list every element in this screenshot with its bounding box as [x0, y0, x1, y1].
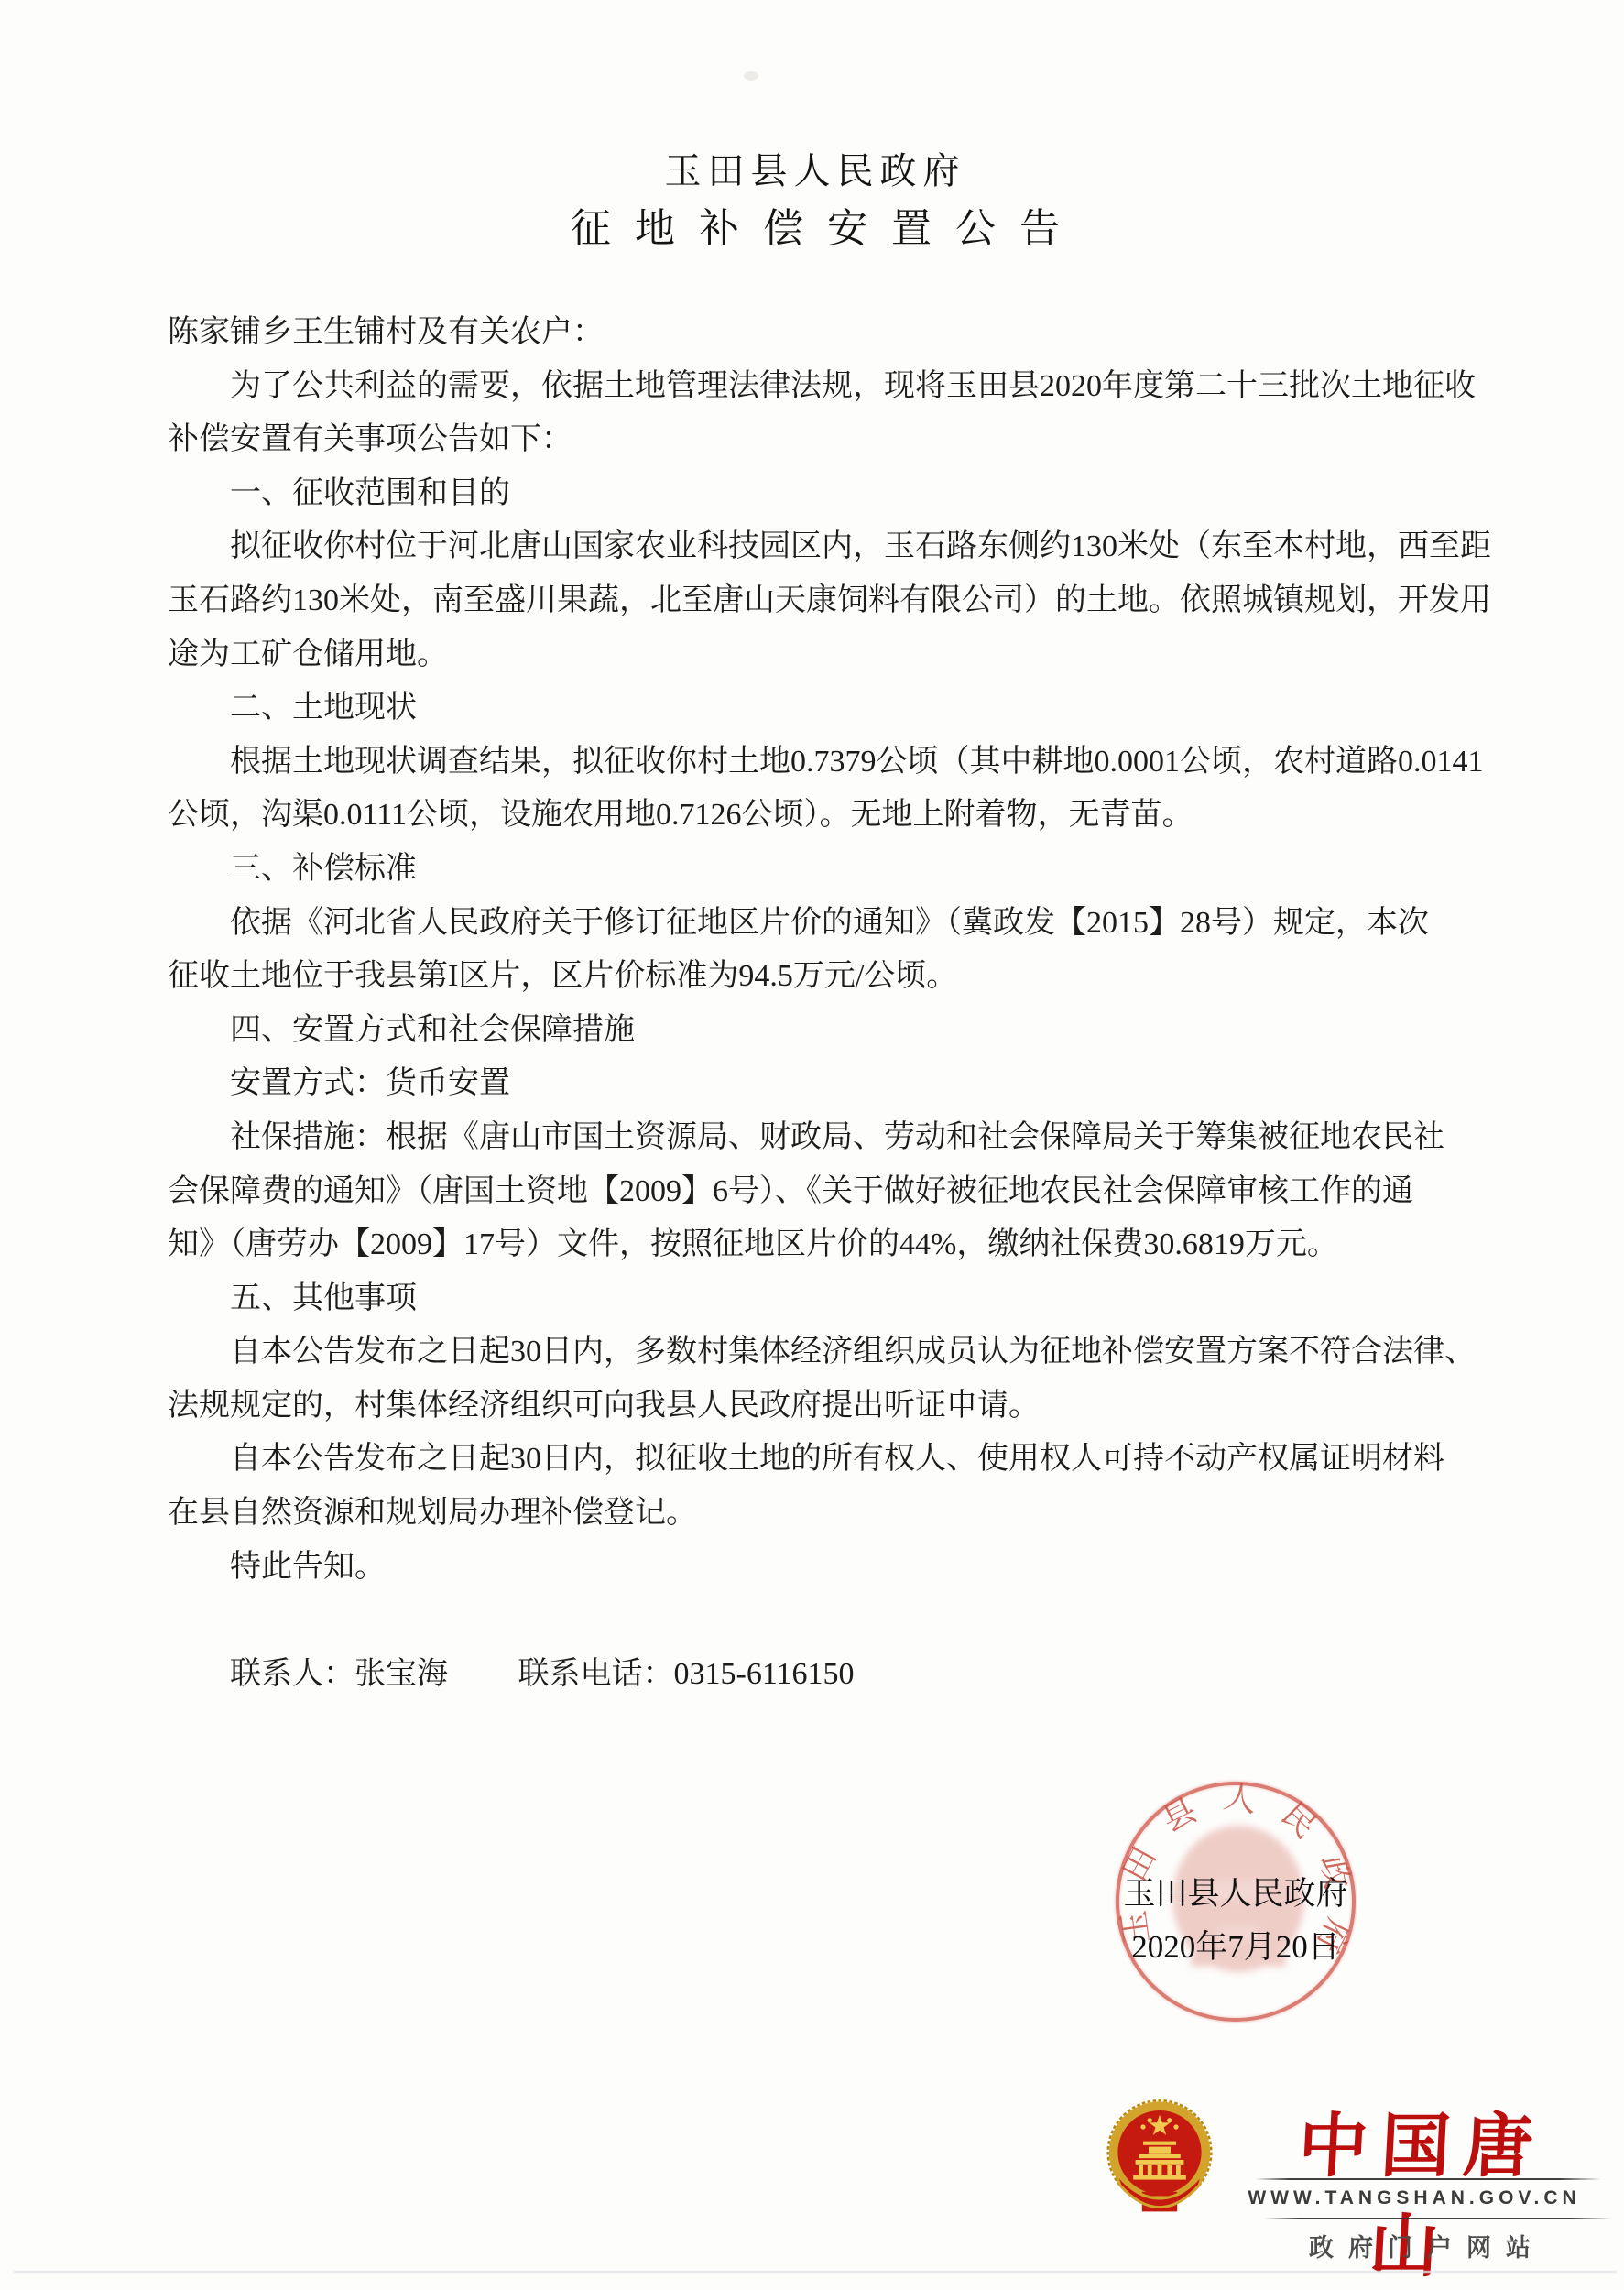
scan-artifact [744, 71, 758, 81]
body-line: 二、土地现状 [168, 682, 417, 736]
doc-subtitle: 征地补偿安置公告 [0, 195, 1624, 254]
body-line: 为了公共利益的需要，依据土地管理法律法规，现将玉田县2020年度第二十三批次土地… [168, 360, 1476, 414]
body-line: 会保障费的通知》（唐国土资地【2009】6号）、《关于做好被征地农民社会保障审核… [168, 1165, 1413, 1219]
footer-divider-bottom [1264, 2218, 1612, 2219]
body-line: 五、其他事项 [168, 1272, 417, 1326]
body-line: 联系人：张宝海 联系电话：0315-6116150 [168, 1648, 855, 1702]
doc-title: 玉田县人民政府 [0, 142, 1624, 194]
body-line: 在县自然资源和规划局办理补偿登记。 [168, 1487, 697, 1541]
body-line: 一、征收范围和目的 [168, 467, 510, 521]
body-line: 知》（唐劳办【2009】17号）文件，按照征地区片价的44%，缴纳社保费30.6… [168, 1218, 1338, 1272]
body-line: 陈家铺乡王生铺村及有关农户： [168, 306, 604, 360]
body-line: 根据土地现状调查结果，拟征收你村土地0.7379公顷（其中耕地0.0001公顷，… [168, 736, 1484, 790]
body-line: 特此告知。 [168, 1541, 386, 1595]
body-line: 拟征收你村位于河北唐山国家农业科技园区内，玉石路东侧约130米处（东至本村地，西… [168, 520, 1491, 574]
body-line: 法规规定的，村集体经济组织可向我县人民政府提出听证申请。 [168, 1379, 1040, 1434]
body-line: 三、补偿标准 [168, 843, 417, 897]
body-line: 玉石路约130米处，南至盛川果蔬，北至唐山天康饲料有限公司）的土地。依照城镇规划… [168, 574, 1491, 628]
document-page: 玉田县人民政府 征地补偿安置公告 陈家铺乡王生铺村及有关农户： 为了公共利益的需… [0, 0, 1624, 2290]
doc-body: 陈家铺乡王生铺村及有关农户： 为了公共利益的需要，依据土地管理法律法规，现将玉田… [168, 306, 1491, 1701]
footer-divider-top [1255, 2178, 1601, 2180]
site-subtitle: 政府门户网站 [1264, 2228, 1575, 2263]
body-line: 途为工矿仓储用地。 [168, 628, 448, 682]
body-line: 依据《河北省人民政府关于修订征地区片价的通知》（冀政发【2015】28号）规定，… [168, 897, 1429, 951]
body-line: 社保措施：根据《唐山市国土资源局、财政局、劳动和社会保障局关于筹集被征地农民社 [168, 1111, 1444, 1165]
site-url: WWW.TANGSHAN.GOV.CN [1244, 2187, 1585, 2209]
body-line: 四、安置方式和社会保障措施 [168, 1004, 635, 1058]
body-line: 自本公告发布之日起30日内，多数村集体经济组织成员认为征地补偿安置方案不符合法律… [168, 1325, 1476, 1379]
national-emblem-icon [1105, 2099, 1215, 2220]
body-line: 公顷，沟渠0.0111公顷，设施农用地0.7126公顷）。无地上附着物，无青苗。 [168, 789, 1193, 843]
seal-org-name: 玉田县人民政府 [1116, 1869, 1356, 1914]
page-bottom-divider [14, 2271, 1617, 2273]
body-line [168, 1594, 176, 1648]
body-line: 征收土地位于我县第I区片，区片价标准为94.5万元/公顷。 [168, 950, 957, 1004]
body-line: 自本公告发布之日起30日内，拟征收土地的所有权人、使用权人可持不动产权属证明材料 [168, 1433, 1444, 1487]
body-line: 补偿安置有关事项公告如下： [168, 413, 572, 467]
body-line: 安置方式：货币安置 [168, 1057, 510, 1111]
seal-date: 2020年7月20日 [1116, 1922, 1356, 1968]
